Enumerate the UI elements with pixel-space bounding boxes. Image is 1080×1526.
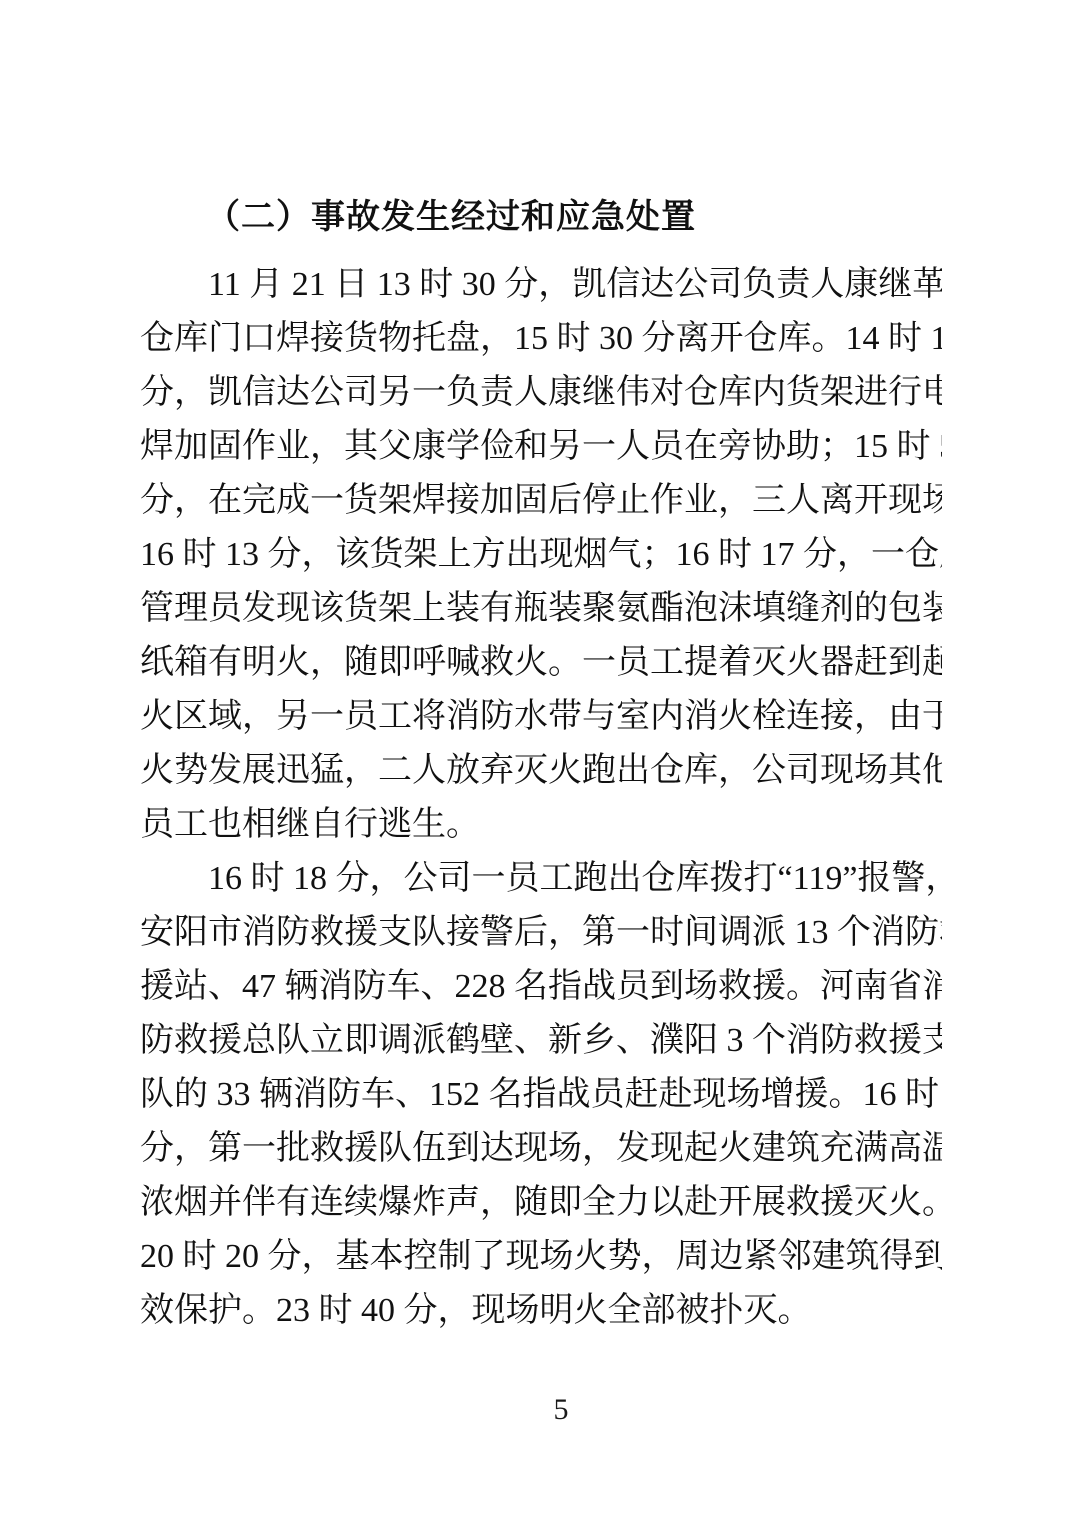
text-line: 分，凯信达公司另一负责人康继伟对仓库内货架进行电 <box>140 366 942 420</box>
paragraph-emergency-response: 16 时 18 分，公司一员工跑出仓库拨打“119”报警， 安阳市消防救援支队接… <box>140 852 942 1338</box>
page-number: 5 <box>0 1390 1080 1430</box>
text-line: 16 时 18 分，公司一员工跑出仓库拨打“119”报警， <box>140 852 942 906</box>
text-line: 员工也相继自行逃生。 <box>140 798 942 852</box>
document-page: （二）事故发生经过和应急处置 11 月 21 日 13 时 30 分，凯信达公司… <box>0 0 1080 1526</box>
text-line: 防救援总队立即调派鹤壁、新乡、濮阳 3 个消防救援支 <box>140 1014 942 1068</box>
text-line: 浓烟并伴有连续爆炸声，随即全力以赴开展救援灭火。 <box>140 1176 942 1230</box>
text-line: 火区域，另一员工将消防水带与室内消火栓连接，由于 <box>140 690 942 744</box>
text-line: 焊加固作业，其父康学俭和另一人员在旁协助；15 时 58 <box>140 420 942 474</box>
text-line: 管理员发现该货架上装有瓶装聚氨酯泡沫填缝剂的包装 <box>140 582 942 636</box>
text-line: 安阳市消防救援支队接警后，第一时间调派 13 个消防救 <box>140 906 942 960</box>
text-line: 纸箱有明火，随即呼喊救火。一员工提着灭火器赶到起 <box>140 636 942 690</box>
text-line: 分，第一批救援队伍到达现场，发现起火建筑充满高温 <box>140 1122 942 1176</box>
paragraph-incident-course: 11 月 21 日 13 时 30 分，凯信达公司负责人康继革在 仓库门口焊接货… <box>140 258 942 852</box>
text-line: 11 月 21 日 13 时 30 分，凯信达公司负责人康继革在 <box>140 258 942 312</box>
text-line: 分，在完成一货架焊接加固后停止作业，三人离开现场； <box>140 474 942 528</box>
text-line: 16 时 13 分，该货架上方出现烟气；16 时 17 分，一仓库 <box>140 528 942 582</box>
document-body: （二）事故发生经过和应急处置 11 月 21 日 13 时 30 分，凯信达公司… <box>140 194 942 1338</box>
section-heading: （二）事故发生经过和应急处置 <box>140 194 942 242</box>
text-line: 队的 33 辆消防车、152 名指战员赶赴现场增援。16 时 31 <box>140 1068 942 1122</box>
text-line: 援站、47 辆消防车、228 名指战员到场救援。河南省消 <box>140 960 942 1014</box>
text-line: 20 时 20 分，基本控制了现场火势，周边紧邻建筑得到有 <box>140 1230 942 1284</box>
text-line: 仓库门口焊接货物托盘，15 时 30 分离开仓库。14 时 17 <box>140 312 942 366</box>
text-line: 火势发展迅猛，二人放弃灭火跑出仓库，公司现场其他 <box>140 744 942 798</box>
text-line: 效保护。23 时 40 分，现场明火全部被扑灭。 <box>140 1284 942 1338</box>
